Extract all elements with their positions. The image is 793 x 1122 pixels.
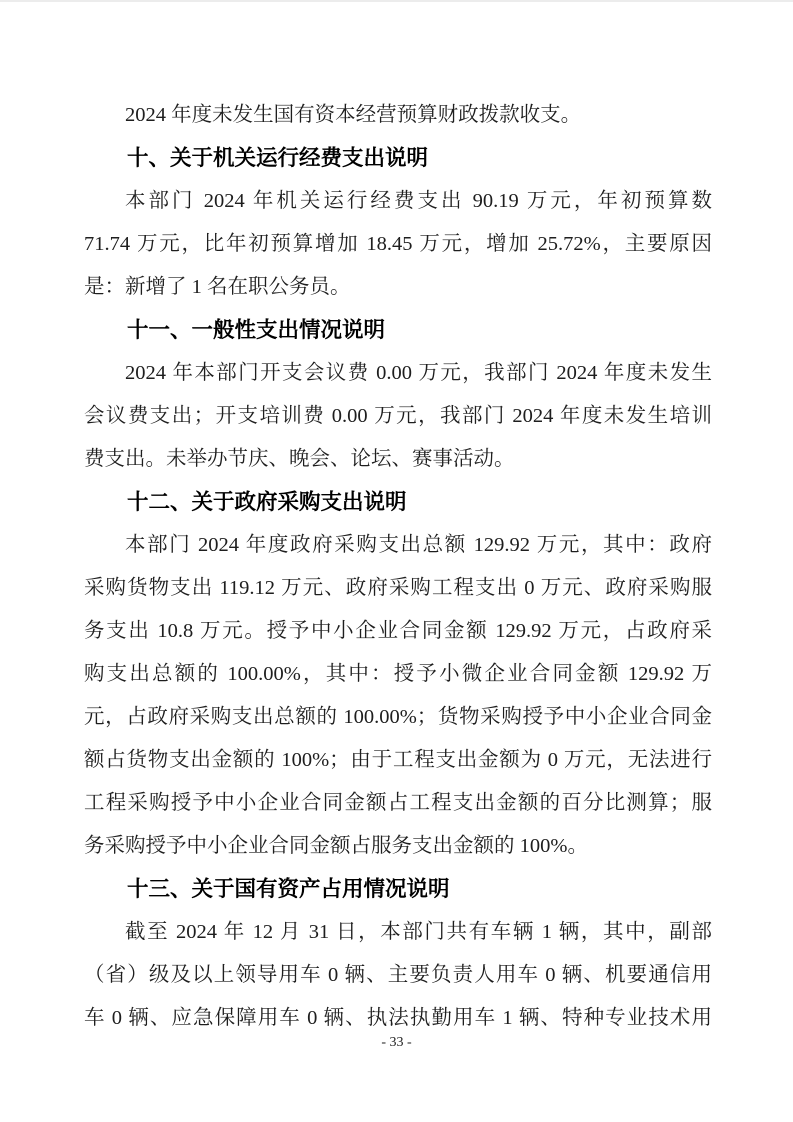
paragraph-line: 本部门 2024 年度政府采购支出总额 129.92 万元，其中：政府 [84,524,712,567]
section-heading: 十三、关于国有资产占用情况说明 [84,868,712,911]
paragraph-line: 本部门 2024 年机关运行经费支出 90.19 万元，年初预算数 [84,180,712,223]
page-number: - 33 - [0,1033,793,1053]
paragraph-line: 是：新增了 1 名在职公务员。 [84,266,712,309]
paragraph-line: （省）级及以上领导用车 0 辆、主要负责人用车 0 辆、机要通信用 [84,954,712,997]
scan-top-edge [0,0,793,2]
paragraph-line: 费支出。未举办节庆、晚会、论坛、赛事活动。 [84,438,712,481]
paragraph-line: 采购货物支出 119.12 万元、政府采购工程支出 0 万元、政府采购服 [84,567,712,610]
document-page: { "page": { "background": "#ffffff", "bo… [0,0,793,1122]
document-body: 2024 年度未发生国有资本经营预算财政拨款收支。十、关于机关运行经费支出说明本… [84,94,712,1040]
paragraph-line: 务支出 10.8 万元。授予中小企业合同金额 129.92 万元，占政府采 [84,610,712,653]
paragraph-line: 元，占政府采购支出总额的 100.00%；货物采购授予中小企业合同金 [84,696,712,739]
paragraph-line: 会议费支出；开支培训费 0.00 万元，我部门 2024 年度未发生培训 [84,395,712,438]
section-heading: 十二、关于政府采购支出说明 [84,481,712,524]
paragraph-line: 2024 年本部门开支会议费 0.00 万元，我部门 2024 年度未发生 [84,352,712,395]
paragraph-line: 2024 年度未发生国有资本经营预算财政拨款收支。 [84,94,712,137]
section-heading: 十一、一般性支出情况说明 [84,309,712,352]
paragraph-line: 务采购授予中小企业合同金额占服务支出金额的 100%。 [84,825,712,868]
paragraph-line: 71.74 万元，比年初预算增加 18.45 万元，增加 25.72%，主要原因 [84,223,712,266]
paragraph-line: 截至 2024 年 12 月 31 日，本部门共有车辆 1 辆，其中，副部 [84,911,712,954]
paragraph-line: 额占货物支出金额的 100%；由于工程支出金额为 0 万元，无法进行 [84,739,712,782]
paragraph-line: 购支出总额的 100.00%，其中：授予小微企业合同金额 129.92 万 [84,653,712,696]
paragraph-line: 工程采购授予中小企业合同金额占工程支出金额的百分比测算；服 [84,782,712,825]
section-heading: 十、关于机关运行经费支出说明 [84,137,712,180]
